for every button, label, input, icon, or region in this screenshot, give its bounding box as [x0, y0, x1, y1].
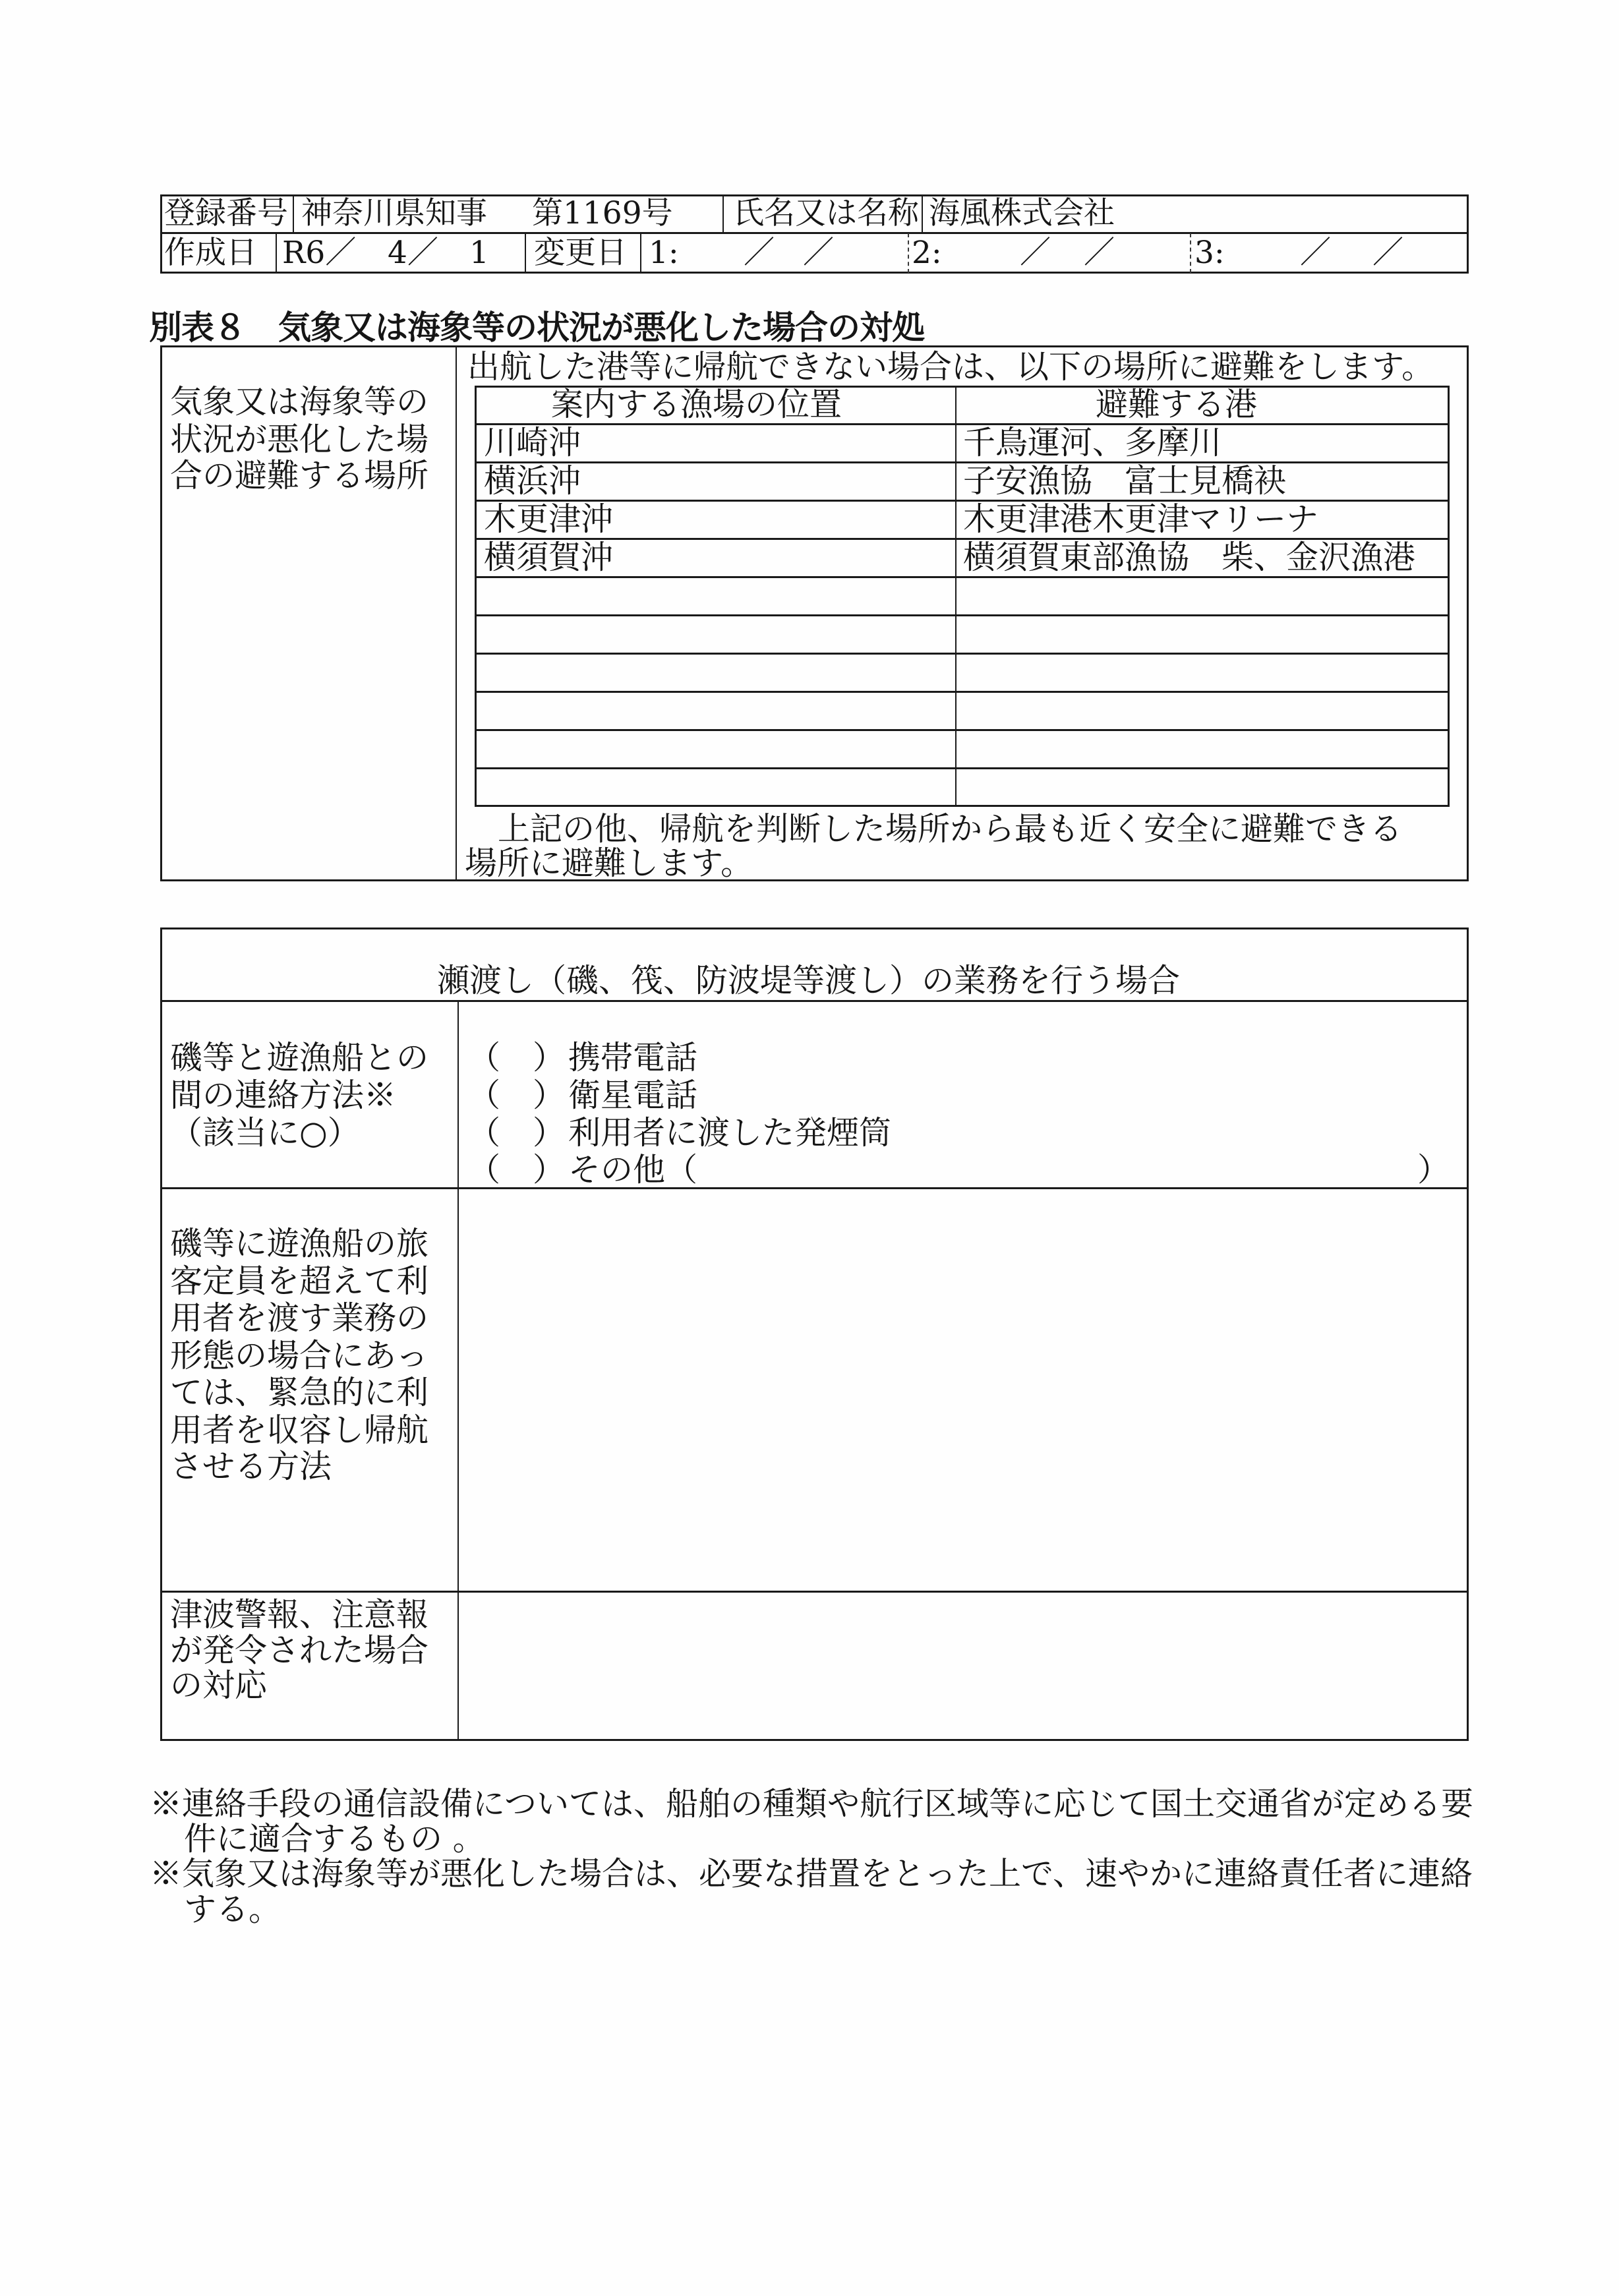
name-label: 氏名又は名称 [733, 194, 919, 233]
footnote-line: 件に適合するもの 。 [184, 1820, 485, 1858]
footnote-line: する。 [184, 1891, 281, 1929]
ferry-table-title: 瀬渡し（磯、筏、防波堤等渡し）の業務を行う場合 [437, 962, 1180, 1000]
change-date-2-index: 2: [912, 234, 942, 272]
row-label-line: 合の避難する場所 [170, 457, 428, 495]
row-divider [475, 691, 1450, 693]
footnote-line: ※気象又は海象等が悪化した場合は、必要な措置をとった上で、速やかに連絡責任者に連… [150, 1855, 1473, 1893]
created-month: 4／ [388, 234, 438, 272]
cell-divider [722, 194, 724, 233]
change-date-2-separator: ／ [1020, 234, 1051, 272]
fishing-ground-cell: 川崎沖 [484, 424, 581, 462]
row-label-line: 気象又は海象等の [170, 383, 428, 421]
tsunami-label-line: が発令された場合 [170, 1632, 428, 1670]
change-date-3-separator: ／ [1372, 234, 1403, 272]
row-divider [475, 729, 1450, 731]
refuge-port-cell: 子安漁協 富士見橋袂 [963, 462, 1286, 500]
cell-divider [922, 194, 923, 233]
option-label: その他（ [568, 1151, 697, 1189]
over-capacity-label-line: させる方法 [170, 1448, 332, 1486]
cell-divider [276, 233, 277, 273]
tsunami-label-line: の対応 [170, 1666, 267, 1705]
cell-divider [640, 233, 641, 273]
change-date-1-separator: ／ [803, 234, 834, 272]
over-capacity-label-line: 客定員を超えて利 [170, 1262, 428, 1301]
dashed-divider [1190, 233, 1191, 273]
option-label: 衛星電話 [568, 1076, 697, 1115]
option-close-paren: ） [1417, 1151, 1450, 1189]
column-header-refuge-port: 避難する港 [1096, 386, 1257, 424]
over-capacity-label-line: 用者を収容し帰航 [170, 1411, 428, 1450]
footnote-line: ※連絡手段の通信設備については、船舶の種類や航行区域等に応じて国土交通省が定める… [150, 1785, 1473, 1823]
refuge-port-cell: 千鳥運河、多摩川 [963, 424, 1222, 462]
row-divider [475, 461, 1450, 463]
contact-method-label-line: （該当に○） [170, 1114, 360, 1152]
over-capacity-label-line: ては、緊急的に利 [170, 1374, 428, 1412]
change-date-1-separator: ／ [744, 234, 775, 272]
cell-divider [525, 233, 526, 273]
row-label-line: 状況が悪化した場 [170, 421, 428, 459]
registration-number: 第1169号 [532, 194, 673, 233]
option-label: 携帯電話 [568, 1039, 697, 1077]
fishing-ground-cell: 横須賀沖 [484, 539, 613, 577]
fishing-ground-cell: 木更津沖 [484, 500, 613, 539]
refuge-table-border [475, 386, 1450, 807]
label-column-divider [457, 1001, 459, 1741]
refuge-column-divider [955, 386, 957, 807]
label-column-divider [456, 345, 457, 881]
column-header-fishing-ground: 案内する漁場の位置 [551, 386, 842, 424]
row-divider [475, 653, 1450, 655]
contact-method-label-line: 磯等と遊漁船との [170, 1039, 428, 1077]
dashed-divider [908, 233, 909, 273]
document-page: 登録番号 神奈川県知事 第1169号 氏名又は名称 海風株式会社 作成日 R6／… [0, 0, 1619, 2296]
over-capacity-label-line: 用者を渡す業務の [170, 1299, 428, 1338]
row-divider [475, 767, 1450, 769]
over-capacity-label-line: 形態の場合にあっ [170, 1337, 428, 1375]
refuge-port-cell: 木更津港木更津マリーナ [963, 500, 1318, 539]
changed-label: 変更日 [534, 234, 627, 272]
row-divider [475, 614, 1450, 616]
registration-label: 登録番号 [164, 194, 288, 233]
row-divider [160, 1187, 1469, 1189]
change-date-1-index: 1: [649, 234, 679, 272]
evacuation-intro: 出航した港等に帰航できない場合は、以下の場所に避難をします。 [467, 348, 1434, 386]
option-mark-blank: （ ） [468, 1151, 565, 1189]
row-divider [160, 1591, 1469, 1593]
option-mark-blank: （ ） [468, 1076, 565, 1115]
change-date-2-separator: ／ [1084, 234, 1115, 272]
created-day: 1 [469, 234, 489, 272]
fishing-ground-cell: 横浜沖 [484, 462, 581, 500]
evacuation-note-line: 場所に避難します。 [465, 844, 753, 883]
row-divider [160, 1000, 1469, 1002]
change-date-3-separator: ／ [1300, 234, 1331, 272]
registration-authority: 神奈川県知事 [301, 194, 487, 233]
section-title: 別表８ 気象又は海象等の状況が悪化した場合の対処 [149, 309, 924, 347]
tsunami-label-line: 津波警報、注意報 [170, 1596, 428, 1634]
cell-divider [293, 194, 294, 233]
created-label: 作成日 [164, 234, 257, 272]
over-capacity-label-line: 磯等に遊漁船の旅 [170, 1225, 428, 1263]
option-label: 利用者に渡した発煙筒 [568, 1114, 891, 1152]
name-value: 海風株式会社 [929, 194, 1115, 233]
contact-method-label-line: 間の連絡方法※ [170, 1076, 396, 1115]
evacuation-note-line: 上記の他、帰航を判断した場所から最も近く安全に避難できる [498, 810, 1402, 848]
change-date-3-index: 3: [1194, 234, 1225, 272]
option-mark-blank: （ ） [468, 1114, 565, 1152]
refuge-port-cell: 横須賀東部漁協 柴、金沢漁港 [963, 539, 1415, 577]
created-year: R6／ [282, 234, 356, 272]
option-mark-blank: （ ） [468, 1039, 565, 1077]
